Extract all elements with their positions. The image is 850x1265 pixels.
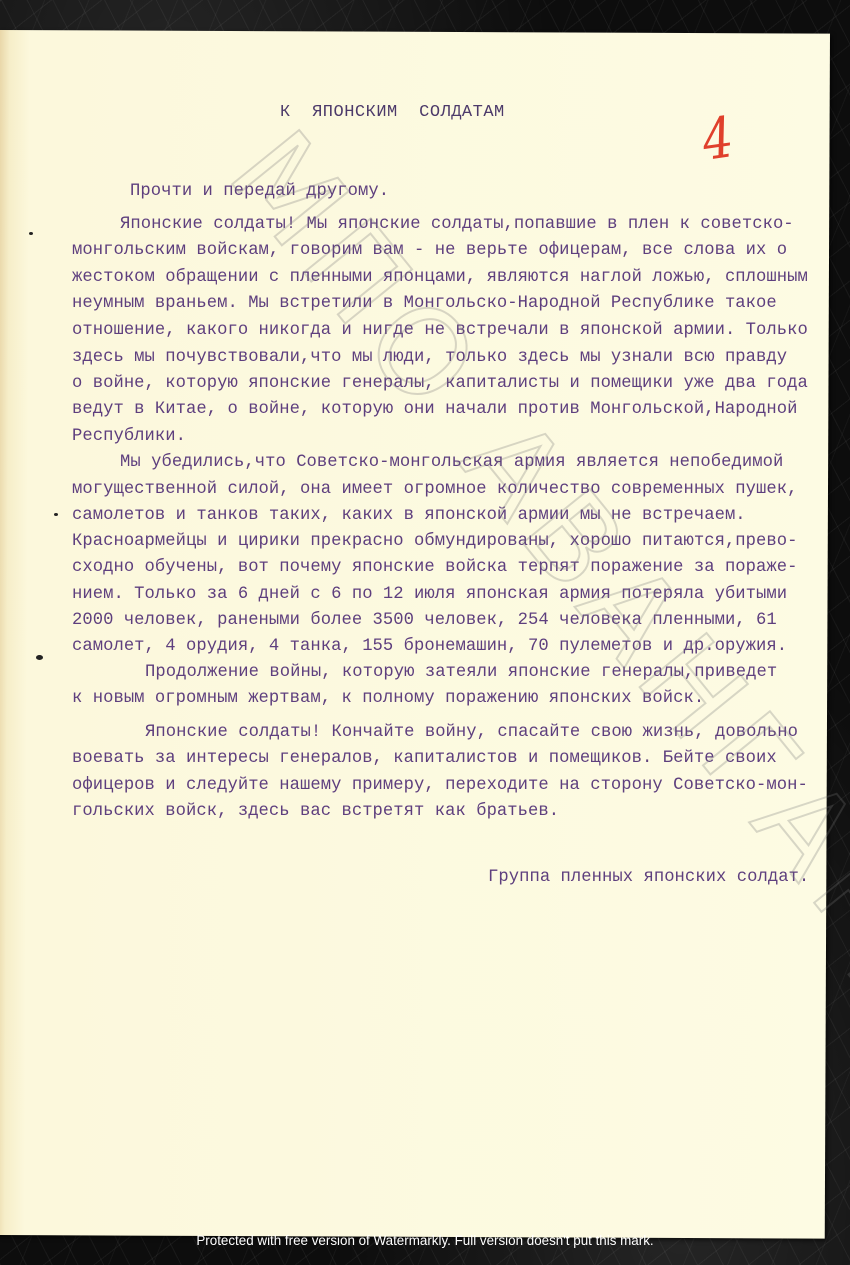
text-line: отношение, какого никогда и нигде не вст…	[72, 322, 808, 339]
text-line: жестоком обращении с пленными японцами, …	[72, 269, 808, 286]
ink-spot	[29, 232, 33, 235]
text-line: офицеров и следуйте нашему примеру, пере…	[72, 777, 808, 794]
text-line: Красноармейцы и цирики прекрасно обмунди…	[72, 533, 798, 550]
text-line: монгольским войскам, говорим вам - не ве…	[72, 242, 787, 259]
signature: Группа пленных японских солдат.	[488, 869, 809, 886]
text-line: самолет, 4 орудия, 4 танка, 155 бронемаш…	[72, 638, 787, 655]
text-line: здесь мы почувствовали,что мы люди, толь…	[72, 349, 787, 366]
document-title: К ЯПОНСКИМ СОЛДАТАМ	[280, 104, 505, 121]
footer-watermark-notice: Protected with free version of Watermark…	[0, 1233, 850, 1248]
text-line: Республики.	[72, 428, 186, 445]
handwritten-page-number: 4	[699, 110, 737, 170]
text-line: о войне, которую японские генералы, капи…	[72, 375, 808, 392]
text-line: гольских войск, здесь вас встретят как б…	[72, 803, 559, 820]
text-line: сходно обучены, вот почему японские войс…	[72, 559, 798, 576]
text-line: нием. Только за 6 дней с 6 по 12 июля яп…	[72, 586, 787, 603]
text-line: к новым огромным жертвам, к полному пора…	[72, 690, 704, 707]
document-body: К ЯПОНСКИМ СОЛДАТАМ 4 Прочти и передай д…	[0, 0, 850, 1265]
text-line: самолетов и танков таких, каких в японск…	[72, 507, 746, 524]
text-line: 2000 человек, ранеными более 3500 челове…	[72, 612, 777, 629]
text-line: Продолжение войны, которую затеяли японс…	[145, 664, 777, 681]
text-line: Прочти и передай другому.	[130, 183, 389, 200]
text-line: Японские солдаты! Мы японские солдаты,по…	[120, 216, 794, 233]
ink-spot	[54, 513, 58, 516]
text-line: ведут в Китае, о войне, которую они нача…	[72, 401, 798, 418]
text-line: неумным враньем. Мы встретили в Монгольс…	[72, 295, 777, 312]
ink-spot	[36, 655, 43, 660]
text-line: Японские солдаты! Кончайте войну, спасай…	[145, 724, 798, 741]
text-line: воевать за интересы генералов, капиталис…	[72, 750, 777, 767]
text-line: Мы убедились,что Советско-монгольская ар…	[120, 454, 783, 471]
text-line: могущественной силой, она имеет огромное…	[72, 481, 798, 498]
